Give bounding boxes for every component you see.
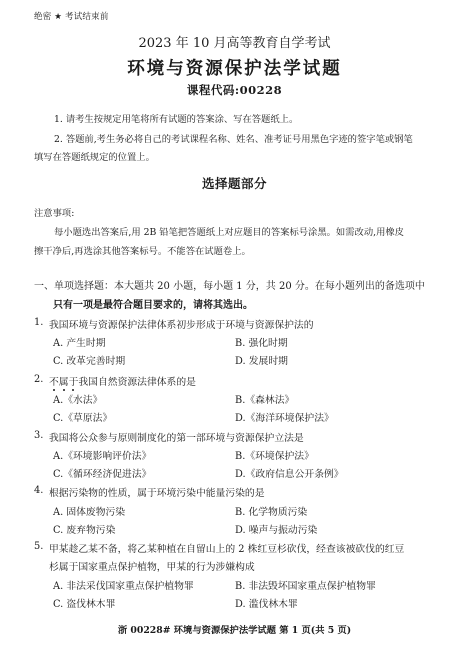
option-c: C.《循环经济促进法》 bbox=[53, 466, 151, 480]
option-key: A. bbox=[53, 338, 63, 349]
option-text: 《水法》 bbox=[63, 395, 102, 406]
option-key: B. bbox=[235, 338, 245, 349]
notice-line-1: 每小题选出答案后,用 2B 铅笔把答题纸上对应题目的答案标号涂黑。如需改动,用橡… bbox=[54, 224, 404, 238]
question-stem-line-2: 杉属于国家重点保护植物，甲某的行为涉嫌构成 bbox=[49, 559, 255, 573]
option-a: A.《环境影响评价法》 bbox=[53, 448, 151, 462]
question-stem: 不属于我国自然资源法律体系的是 bbox=[49, 374, 196, 388]
option-key: B. bbox=[235, 451, 245, 462]
notice-label: 注意事项: bbox=[34, 205, 74, 219]
option-b: B. 强化时期 bbox=[235, 335, 288, 349]
question-stem: 根据污染物的性质，属于环境污染中能量污染的是 bbox=[49, 485, 265, 499]
option-text: 发展时期 bbox=[249, 356, 288, 367]
option-c: C. 盗伐林木罪 bbox=[53, 596, 115, 610]
notice-line-2: 擦干净后,再选涂其他答案标号。不能答在试题卷上。 bbox=[34, 243, 251, 257]
option-text: 《环境影响评价法》 bbox=[63, 451, 151, 462]
instruction-1: 1. 请考生按规定用笔将所有试题的答案涂、写在答题纸上。 bbox=[54, 111, 298, 125]
question-number: 2. bbox=[34, 374, 43, 385]
option-text: 《政府信息公开条例》 bbox=[246, 469, 344, 480]
option-b: B.《森林法》 bbox=[235, 392, 294, 406]
option-d: D. 滥伐林木罪 bbox=[235, 596, 298, 610]
exam-session-line: 2023 年 10 月高等教育自学考试 bbox=[0, 32, 469, 51]
option-d: D.《政府信息公开条例》 bbox=[235, 466, 344, 480]
option-d: D. 噪声与振动污染 bbox=[235, 522, 317, 536]
option-text: 《循环经济促进法》 bbox=[63, 469, 151, 480]
option-b: B.《环境保护法》 bbox=[235, 448, 314, 462]
option-d: D. 发展时期 bbox=[235, 353, 288, 367]
question-stem-line-1: 甲某趁乙某不备，将乙某种植在自留山上的 2 株红豆杉砍伐，经查该被砍伐的红豆 bbox=[49, 541, 404, 555]
option-text: 《环境保护法》 bbox=[245, 451, 314, 462]
option-text: 改革完善时期 bbox=[66, 356, 125, 367]
option-text: 强化时期 bbox=[248, 338, 287, 349]
option-c: C. 改革完善时期 bbox=[53, 353, 125, 367]
question-number: 4. bbox=[34, 485, 43, 496]
emphasis-char: 属 bbox=[59, 377, 69, 388]
option-key: B. bbox=[235, 395, 245, 406]
option-text: 非法毁坏国家重点保护植物罪 bbox=[248, 581, 375, 592]
option-text: 盗伐林木罪 bbox=[66, 599, 115, 610]
option-key: C. bbox=[53, 525, 63, 536]
option-key: C. bbox=[53, 469, 63, 480]
option-text: 废弃物污染 bbox=[66, 525, 115, 536]
option-c: C. 废弃物污染 bbox=[53, 522, 115, 536]
option-text: 非法采伐国家重点保护植物罪 bbox=[66, 581, 193, 592]
option-text: 噪声与振动污染 bbox=[249, 525, 318, 536]
option-key: C. bbox=[53, 599, 63, 610]
page-footer: 浙 00228# 环境与资源保护法学试题 第 1 页(共 5 页) bbox=[0, 622, 469, 636]
option-text: 《海洋环境保护法》 bbox=[246, 413, 334, 424]
option-key: D. bbox=[235, 356, 246, 367]
instruction-2-continued: 填写在答题纸规定的位置上。 bbox=[34, 149, 155, 163]
option-key: C. bbox=[53, 413, 63, 424]
section-heading-continued: 只有一项是最符合题目要求的，请将其选出。 bbox=[53, 296, 253, 311]
option-c: C.《草原法》 bbox=[53, 410, 112, 424]
page-title: 环境与资源保护法学试题 bbox=[0, 55, 469, 80]
option-text: 产生时期 bbox=[66, 338, 105, 349]
course-code: 课程代码:00228 bbox=[0, 82, 469, 98]
option-text: 《草原法》 bbox=[63, 413, 112, 424]
option-b: B. 非法毁坏国家重点保护植物罪 bbox=[235, 578, 376, 592]
option-a: A. 固体废物污染 bbox=[53, 504, 125, 518]
option-key: D. bbox=[235, 469, 246, 480]
emphasized-text: 不属于 bbox=[49, 377, 78, 388]
question-stem: 我国将公众参与原则制度化的第一部环境与资源保护立法是 bbox=[49, 430, 304, 444]
option-a: A.《水法》 bbox=[53, 392, 102, 406]
question-number: 1. bbox=[34, 317, 43, 328]
question-stem-rest: 我国自然资源法律体系的是 bbox=[78, 377, 196, 388]
section-heading: 一、单项选择题：本大题共 20 小题，每小题 1 分，共 20 分。在每小题列出… bbox=[34, 277, 425, 292]
option-d: D.《海洋环境保护法》 bbox=[235, 410, 334, 424]
instruction-2: 2. 答题前,考生务必将自己的考试课程名称、姓名、准考证号用黑色字迹的签字笔或钢… bbox=[54, 131, 413, 145]
question-stem: 我国环境与资源保护法律体系初步形成于环境与资源保护法的 bbox=[49, 317, 314, 331]
emphasis-char: 于 bbox=[69, 377, 79, 388]
question-number: 5. bbox=[34, 541, 43, 552]
option-text: 化学物质污染 bbox=[248, 507, 307, 518]
option-text: 滥伐林木罪 bbox=[249, 599, 298, 610]
confidential-mark: 绝密 ★ 考试结束前 bbox=[34, 10, 109, 22]
option-key: D. bbox=[235, 525, 246, 536]
option-key: B. bbox=[235, 581, 245, 592]
option-key: C. bbox=[53, 356, 63, 367]
part-title: 选择题部分 bbox=[0, 174, 469, 192]
option-key: A. bbox=[53, 507, 63, 518]
option-key: D. bbox=[235, 413, 246, 424]
option-key: B. bbox=[235, 507, 245, 518]
option-a: A. 非法采伐国家重点保护植物罪 bbox=[53, 578, 194, 592]
option-b: B. 化学物质污染 bbox=[235, 504, 307, 518]
option-a: A. 产生时期 bbox=[53, 335, 106, 349]
option-key: A. bbox=[53, 451, 63, 462]
option-text: 固体废物污染 bbox=[66, 507, 125, 518]
emphasis-char: 不 bbox=[49, 377, 59, 388]
option-text: 《森林法》 bbox=[245, 395, 294, 406]
question-number: 3. bbox=[34, 430, 43, 441]
option-key: D. bbox=[235, 599, 246, 610]
option-key: A. bbox=[53, 395, 63, 406]
option-key: A. bbox=[53, 581, 63, 592]
